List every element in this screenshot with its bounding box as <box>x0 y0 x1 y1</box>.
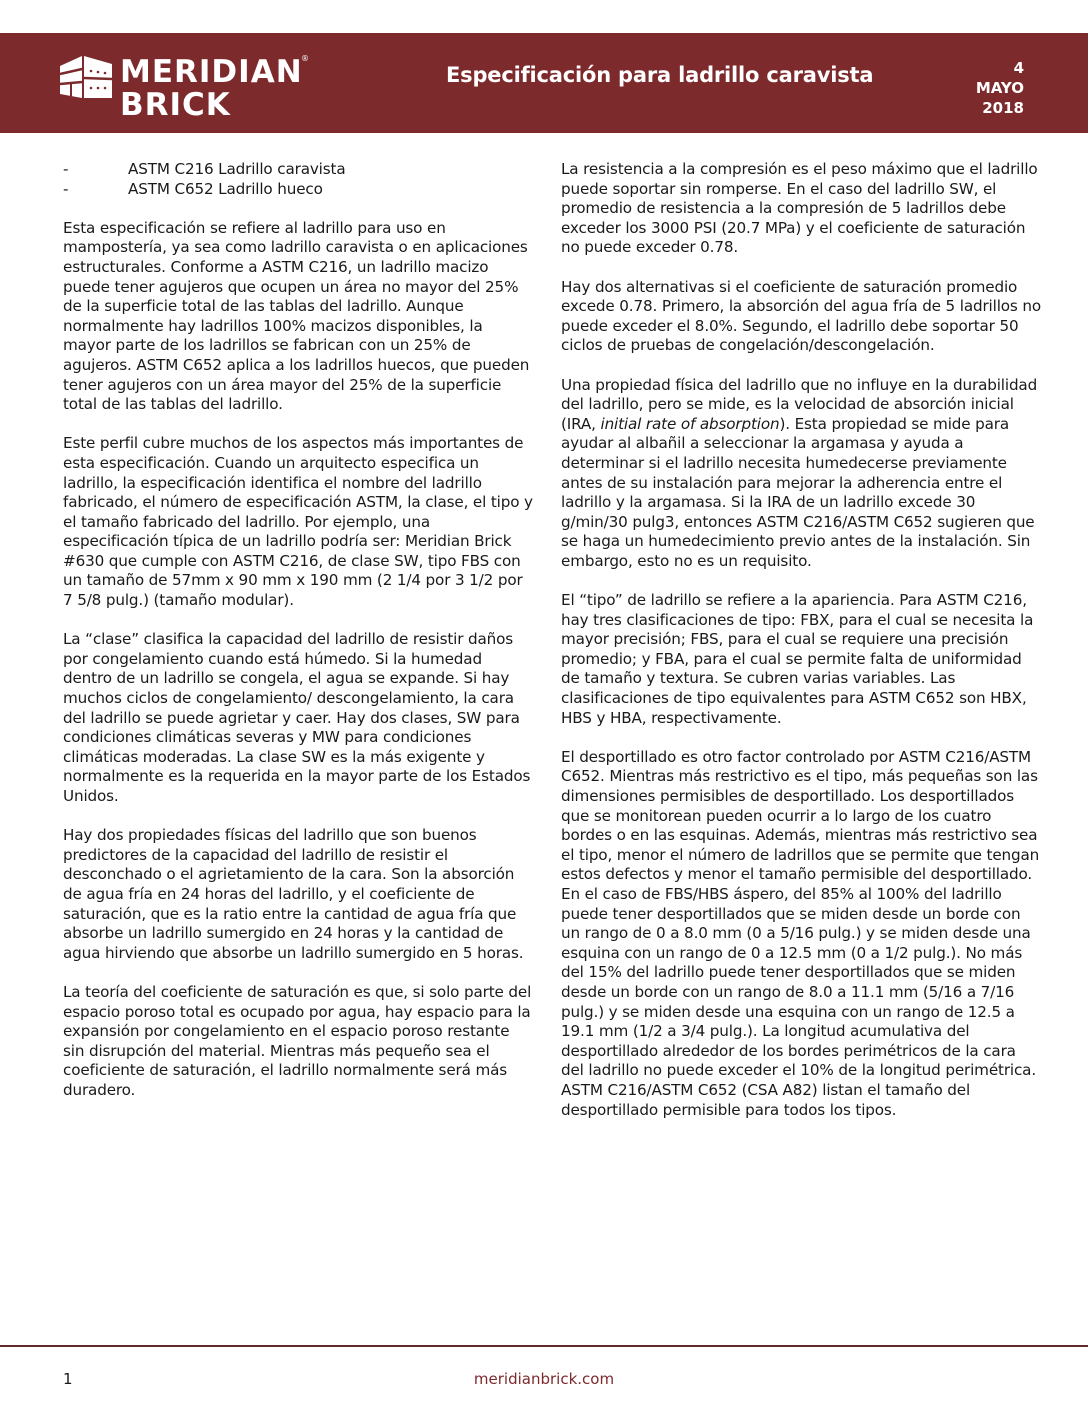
list-marker: - <box>63 180 128 200</box>
footer-divider <box>0 1345 1088 1347</box>
brand-logo: MERIDIAN ® BRICK <box>58 50 328 122</box>
website-link: meridianbrick.com <box>0 1370 1088 1388</box>
date-year: 2018 <box>976 98 1024 118</box>
paragraph-compressive-strength: La resistencia a la compresión es el pes… <box>561 160 1041 258</box>
paragraph-grade: La “clase” clasifica la capacidad del la… <box>63 630 533 806</box>
brand-name-line1: MERIDIAN <box>120 54 303 90</box>
website-link-text[interactable]: meridianbrick.com <box>474 1370 614 1388</box>
ira-italic-term: initial rate of absorption <box>601 415 780 433</box>
ira-text-after: ). Esta propiedad se mide para ayudar al… <box>561 415 1035 570</box>
paragraph-type: El “tipo” de ladrillo se refiere a la ap… <box>561 591 1041 728</box>
standards-list: - ASTM C216 Ladrillo caravista - ASTM C6… <box>63 160 533 199</box>
brick-building-icon <box>58 52 114 102</box>
paragraph-saturation-theory: La teoría del coeficiente de saturación … <box>63 983 533 1101</box>
list-marker: - <box>63 160 128 180</box>
date-month: MAYO <box>976 78 1024 98</box>
list-item: - ASTM C216 Ladrillo caravista <box>63 160 533 180</box>
brand-name-line2: BRICK <box>120 87 231 123</box>
paragraph-physical-properties: Hay dos propiedades físicas del ladrillo… <box>63 826 533 963</box>
list-item: - ASTM C652 Ladrillo hueco <box>63 180 533 200</box>
list-item-text: ASTM C216 Ladrillo caravista <box>128 160 345 180</box>
paragraph-alternatives: Hay dos alternativas si el coeficiente d… <box>561 278 1041 356</box>
list-item-text: ASTM C652 Ladrillo hueco <box>128 180 323 200</box>
paragraph-profile: Este perfil cubre muchos de los aspectos… <box>63 434 533 610</box>
paragraph-scope: Esta especificación se refiere al ladril… <box>63 219 533 415</box>
right-column: La resistencia a la compresión es el pes… <box>561 160 1041 1140</box>
left-column: - ASTM C216 Ladrillo caravista - ASTM C6… <box>63 160 533 1120</box>
paragraph-ira: Una propiedad física del ladrillo que no… <box>561 376 1041 572</box>
document-title: Especificación para ladrillo caravista <box>446 63 873 87</box>
registered-mark: ® <box>301 54 309 63</box>
document-date: 4 MAYO 2018 <box>976 58 1024 118</box>
date-day: 4 <box>976 58 1024 78</box>
header-banner: MERIDIAN ® BRICK Especificación para lad… <box>0 33 1088 133</box>
paragraph-chippage: El desportillado es otro factor controla… <box>561 748 1041 1120</box>
